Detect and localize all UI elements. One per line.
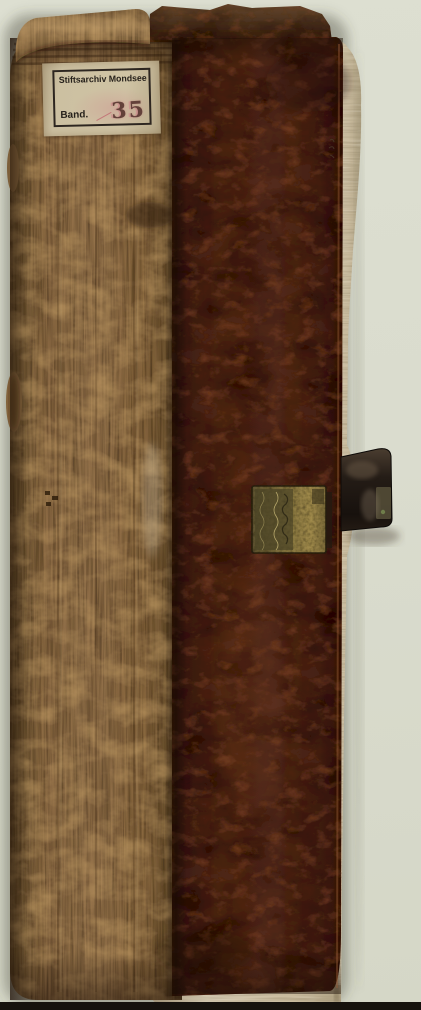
- archive-label-border: Stiftsarchiv Mondsee Band. 35: [52, 68, 151, 127]
- archive-label-title: Stiftsarchiv Mondsee: [59, 73, 145, 85]
- baseboard: [0, 1002, 421, 1010]
- cover-sheen: [220, 580, 284, 820]
- archive-label-band-prefix: Band.: [60, 109, 88, 121]
- spine-cover-joint: [165, 40, 187, 996]
- cover-stain: [266, 52, 350, 112]
- photo-scene: Stiftsarchiv Mondsee Band. 35: [0, 0, 421, 1010]
- archive-label: Stiftsarchiv Mondsee Band. 35: [42, 61, 161, 137]
- head-turnin-leather: [148, 4, 332, 42]
- book-illustration: [0, 0, 421, 1010]
- clasp-strap: [341, 449, 400, 545]
- strap-rivet: [381, 510, 385, 514]
- pen-flourish-mark: [95, 108, 109, 122]
- catch-plate-shadow: [326, 492, 332, 548]
- book-spine: [6, 38, 182, 1000]
- spine-scuff: [142, 442, 162, 558]
- clasp-catch-plate: [252, 486, 332, 553]
- archive-label-band-row: Band. 35: [58, 100, 146, 123]
- archive-label-volume-number: 35: [111, 99, 147, 122]
